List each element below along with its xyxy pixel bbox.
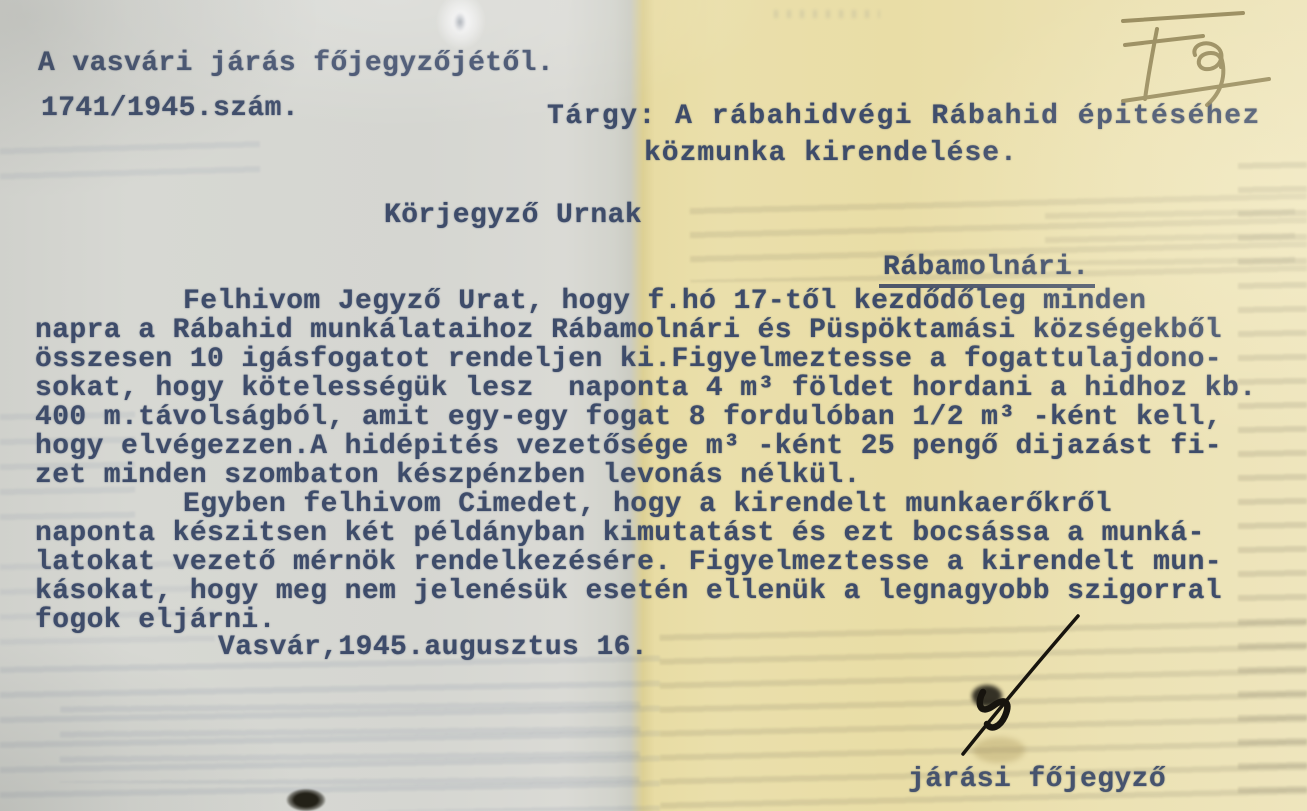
sender-line: A vasvári járás főjegyzőjétől. [38, 48, 554, 79]
addressee-underlined: Rábamolnári. [879, 252, 1095, 288]
body-line: latokat vezető mérnök rendelkezésére. Fi… [35, 548, 1256, 577]
body-line: zet minden szombaton készpénzben levonás… [35, 461, 1256, 490]
ink-blot [280, 785, 332, 811]
reference-number: 1741/1945.szám. [41, 93, 299, 124]
salutation: Körjegyző Urnak [384, 200, 642, 231]
body-text: Felhivom Jegyző Urat, hogy f.hó 17-től k… [35, 287, 1256, 635]
bleedthrough-marks [0, 648, 660, 811]
body-line: Felhivom Jegyző Urat, hogy f.hó 17-től k… [35, 287, 1256, 316]
bleedthrough-marks [60, 687, 641, 787]
dateline: Vasvár,1945.augusztus 16. [218, 632, 648, 663]
body-line: naponta készitsen két példányban kimutat… [35, 519, 1256, 548]
document-page: A vasvári járás főjegyzőjétől. 1741/1945… [0, 0, 1307, 811]
body-line: sokat, hogy kötelességük lesz naponta 4 … [35, 374, 1256, 403]
bleedthrough-marks [765, 10, 880, 18]
body-line: Egyben felhivom Cimedet, hogy a kirendel… [35, 490, 1256, 519]
body-line: napra a Rábahid munkálataihoz Rábamolnár… [35, 316, 1256, 345]
subject-line-2: közmunka kirendelése. [644, 138, 1018, 169]
pencil-note-handwriting [1095, 3, 1300, 115]
body-line: összesen 10 igásfogatot rendeljen ki.Fig… [35, 345, 1256, 374]
ink-signature-stroke [935, 598, 1105, 783]
body-line: 400 m.távolságból, amit egy-egy fogat 8 … [35, 403, 1256, 432]
bleedthrough-marks [0, 127, 260, 192]
paper-tear-speck [452, 10, 468, 34]
body-line: hogy elvégezzen.A hidépités vezetősége m… [35, 432, 1256, 461]
